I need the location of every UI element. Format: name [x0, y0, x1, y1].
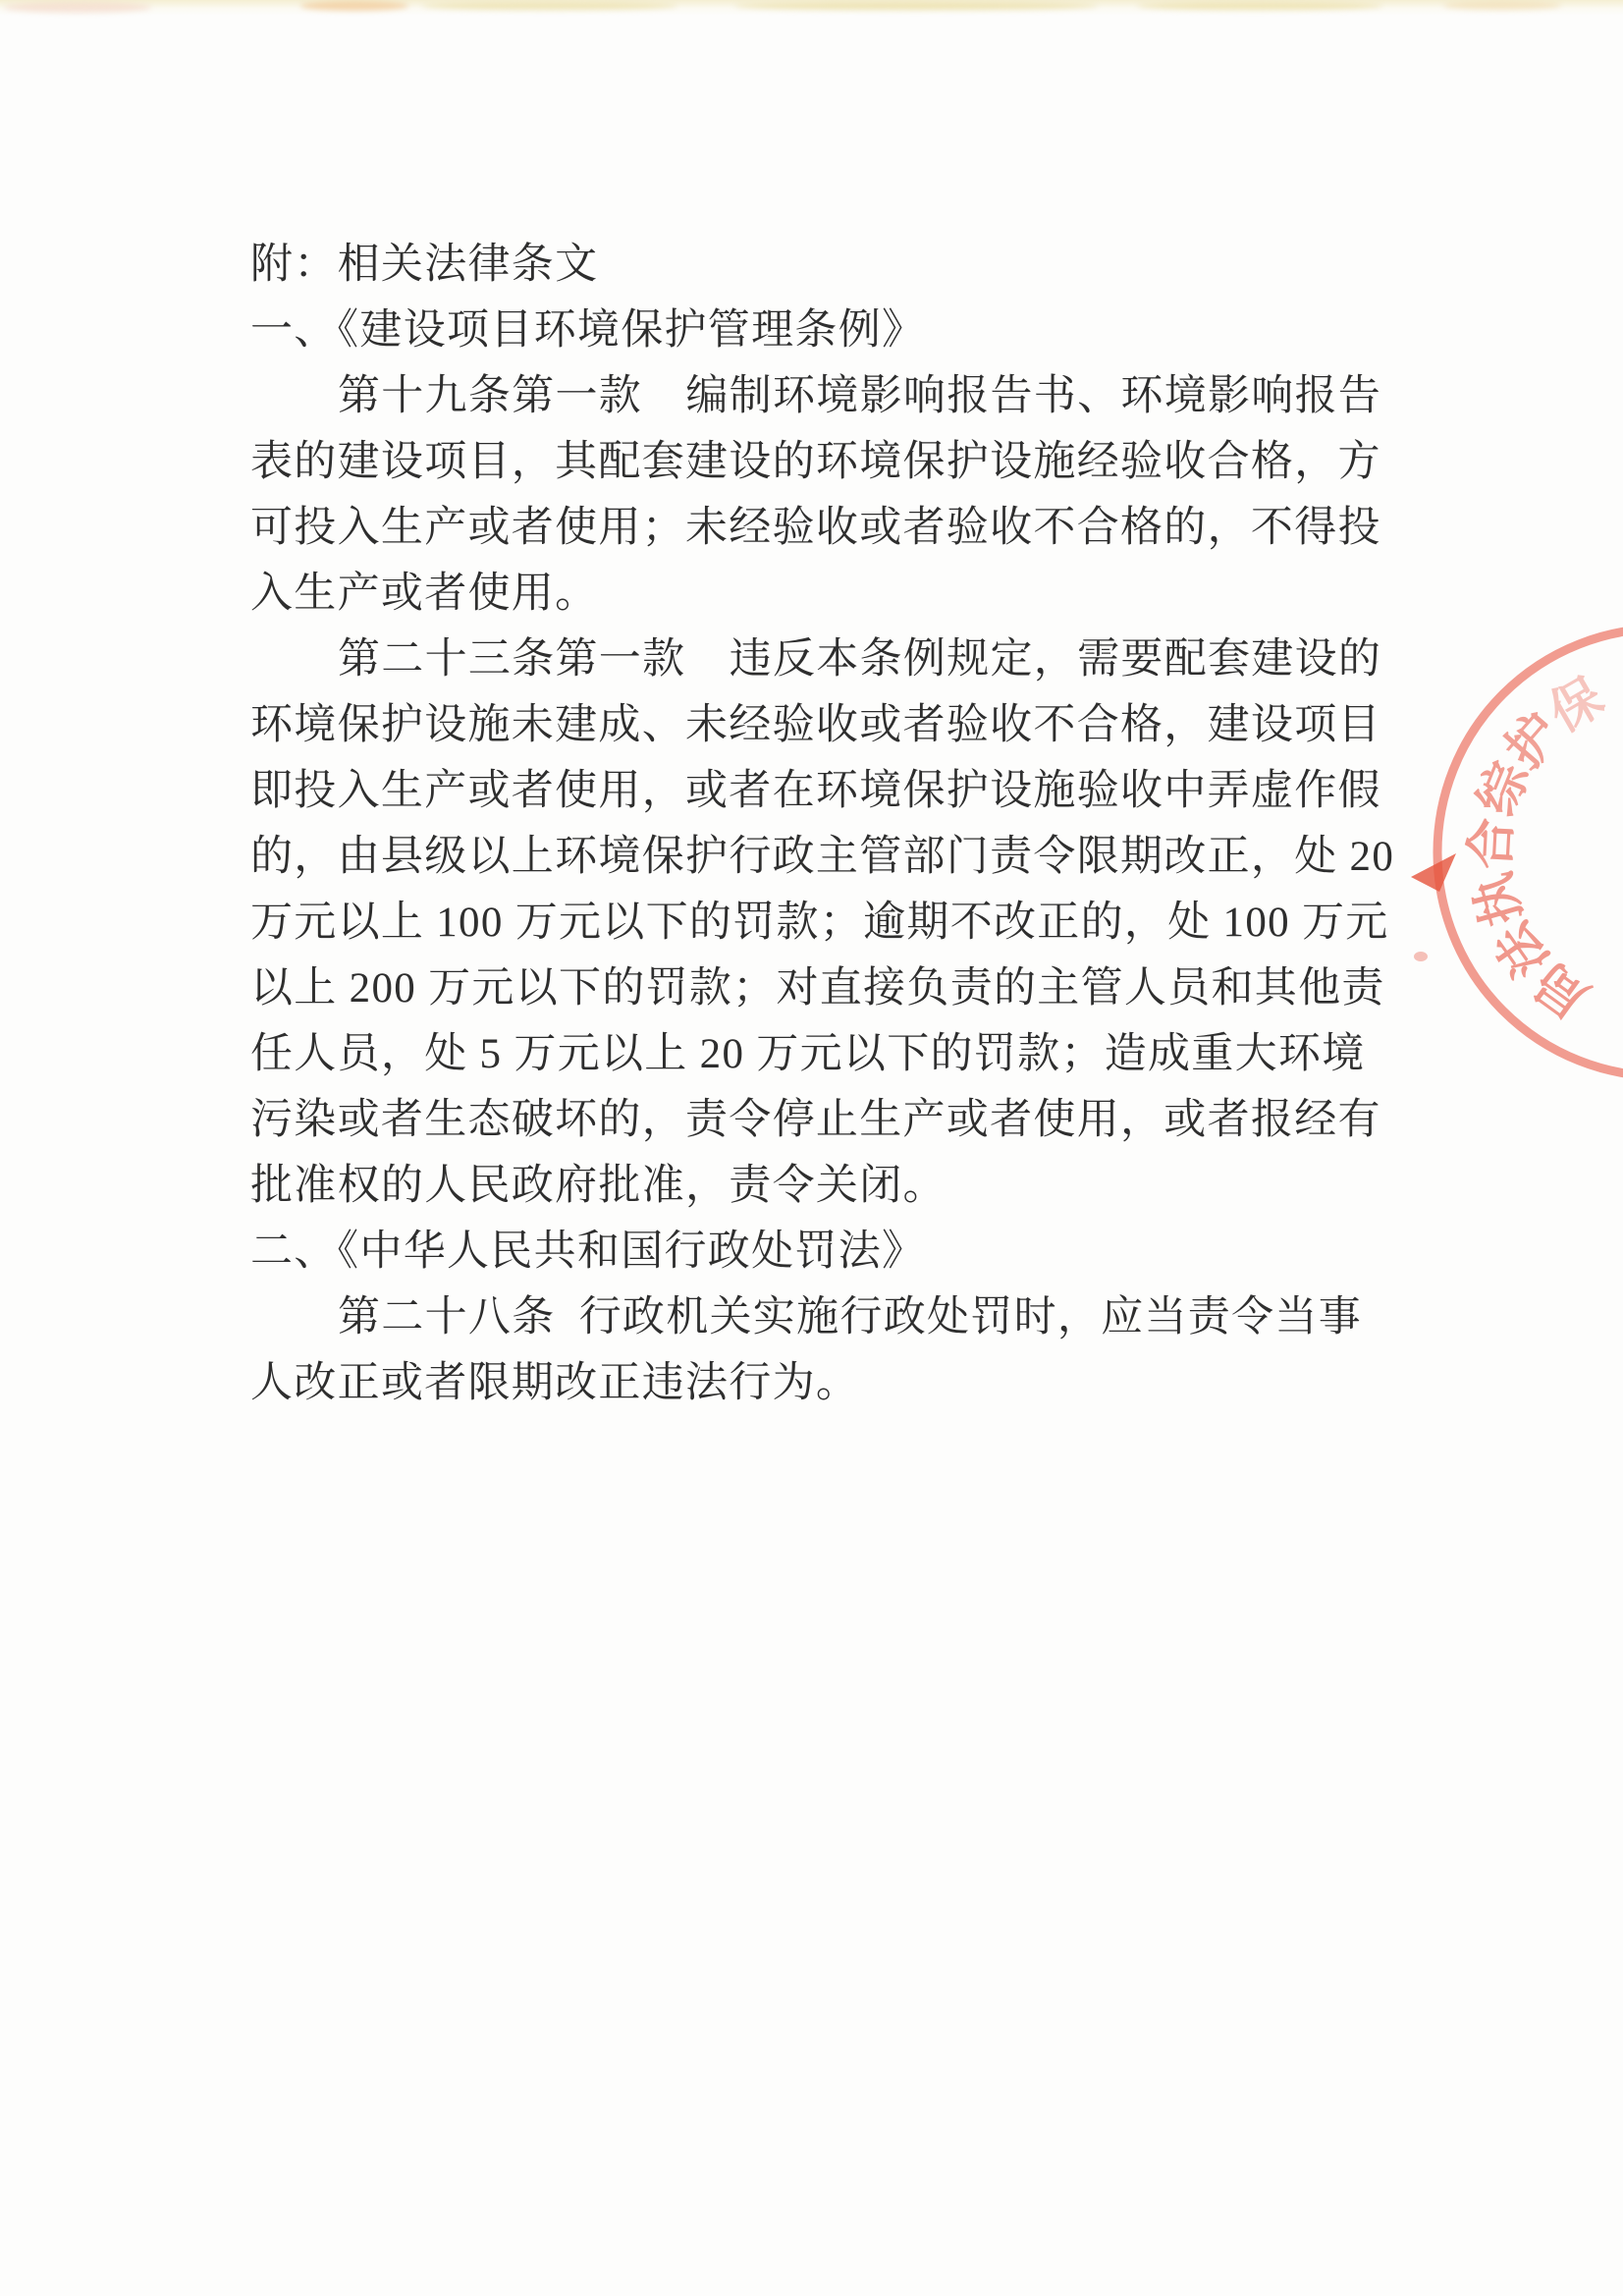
scan-artifact-smudge	[1443, 1, 1561, 10]
scan-artifact-band	[0, 0, 1623, 16]
text-line: 环境保护设施未建成、未经验收或者验收不合格，建设项目	[250, 692, 1389, 758]
text-line: 以上 200 万元以下的罚款；对直接负责的主管人员和其他责	[250, 956, 1389, 1021]
text-line: 一、《建设项目环境保护管理条例》	[250, 298, 1389, 363]
text-line: 人改正或者限期改正违法行为。	[250, 1350, 1389, 1416]
scan-artifact-smudge	[1137, 2, 1382, 10]
text-line: 表的建设项目，其配套建设的环境保护设施经验收合格，方	[250, 429, 1389, 495]
seal-character: 执	[1464, 867, 1533, 932]
text-line: 万元以上 100 万元以下的罚款；逾期不改正的，处 100 万元	[250, 890, 1389, 956]
scanned-document-page: 附：相关法律条文一、《建设项目环境保护管理条例》第十九条第一款 编制环境影响报告…	[0, 0, 1623, 2296]
text-line: 二、《中华人民共和国行政处罚法》	[250, 1219, 1389, 1285]
seal-ink-speck	[1414, 952, 1428, 961]
seal-character: 局	[1525, 952, 1599, 1027]
text-line: 第十九条第一款 编制环境影响报告书、环境影响报告	[250, 363, 1389, 429]
scan-artifact-smudge	[734, 2, 1098, 10]
text-line: 即投入生产或者使用，或者在环境保护设施验收中弄虚作假	[250, 758, 1389, 824]
text-line: 的，由县级以上环境保护行政主管部门责令限期改正，处 20	[250, 824, 1389, 890]
seal-border-circle	[1437, 629, 1623, 1076]
text-line: 附：相关法律条文	[250, 232, 1389, 298]
text-line: 第二十八条 行政机关实施行政处罚时，应当责令当事	[250, 1285, 1389, 1350]
text-line: 任人员，处 5 万元以上 20 万元以下的罚款；造成重大环境	[250, 1021, 1389, 1087]
text-line: 可投入生产或者使用；未经验收或者验收不合格的，不得投	[250, 495, 1389, 561]
seal-character: 综	[1468, 754, 1541, 824]
text-line: 第二十三条第一款 违反本条例规定，需要配套建设的	[250, 627, 1389, 692]
seal-character: 保	[1541, 668, 1613, 742]
scan-artifact-smudge	[4, 2, 151, 13]
seal-character: 护	[1495, 703, 1572, 779]
seal-character: 法	[1484, 911, 1560, 987]
seal-arc-text: 保护综合执法局	[1462, 668, 1612, 1026]
legal-text-block: 附：相关法律条文一、《建设项目环境保护管理条例》第十九条第一款 编制环境影响报告…	[250, 232, 1389, 1416]
scan-artifact-smudge	[300, 1, 408, 11]
text-line: 污染或者生态破坏的，责令停止生产或者使用，或者报经有	[250, 1087, 1389, 1153]
seal-character: 合	[1462, 816, 1522, 870]
text-line: 批准权的人民政府批准，责令关闭。	[250, 1153, 1389, 1219]
scan-artifact-smudge	[422, 2, 677, 10]
text-line: 入生产或者使用。	[250, 561, 1389, 627]
seal-star-icon	[1411, 853, 1456, 892]
